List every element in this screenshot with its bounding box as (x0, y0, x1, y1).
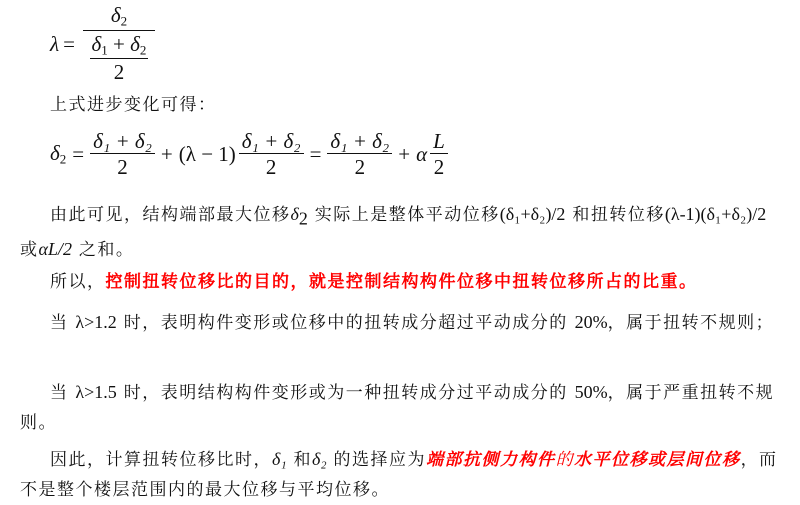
paragraph-calculation-note: 因此，计算扭转位移比时，δ₁ 和δ₂ 的选择应为端部抗侧力构件的水平位移或层间位… (20, 444, 790, 505)
paragraph-threshold-1-5: 当 λ>1.5 时，表明结构构件变形或为一种扭转成分过平动成分的 50%，属于严… (20, 377, 790, 438)
paragraph-threshold-1-2: 当 λ>1.2 时，表明构件变形或位移中的扭转成分超过平动成分的 20%，属于扭… (20, 307, 790, 338)
fraction: δ₁ + δ₂2 (239, 130, 304, 178)
equation-lambda-definition: λ = δ2 δ1 + δ2 2 (50, 4, 155, 84)
fraction: δ₁ + δ₂2 (327, 130, 392, 178)
highlight-text: 控制扭转位移比的目的，就是控制结构构件位移中扭转位移所占的比重。 (106, 272, 698, 292)
fraction: δ2 δ1 + δ2 2 (83, 4, 155, 84)
equation-delta2-expansion: δ2 = δ₁ + δ₂2 + (λ − 1) δ₁ + δ₂2 = δ₁ + … (50, 130, 448, 178)
paragraph-conclusion: 由此可见，结构端部最大位移δ2 实际上是整体平动位移(δ₁+δ₂)/2 和扭转位… (20, 199, 790, 265)
highlight-text: 端部抗侧力构件 (426, 450, 556, 470)
lambda-symbol: λ (50, 32, 59, 57)
fraction: δ₁ + δ₂2 (90, 130, 155, 178)
derive-label: 上式进步变化可得： (50, 90, 800, 120)
fraction: L2 (430, 130, 448, 178)
paragraph-purpose: 所以，控制扭转位移比的目的，就是控制结构构件位移中扭转位移所占的比重。 (20, 267, 790, 297)
highlight-text: 水平位移或层间位移 (574, 450, 741, 470)
